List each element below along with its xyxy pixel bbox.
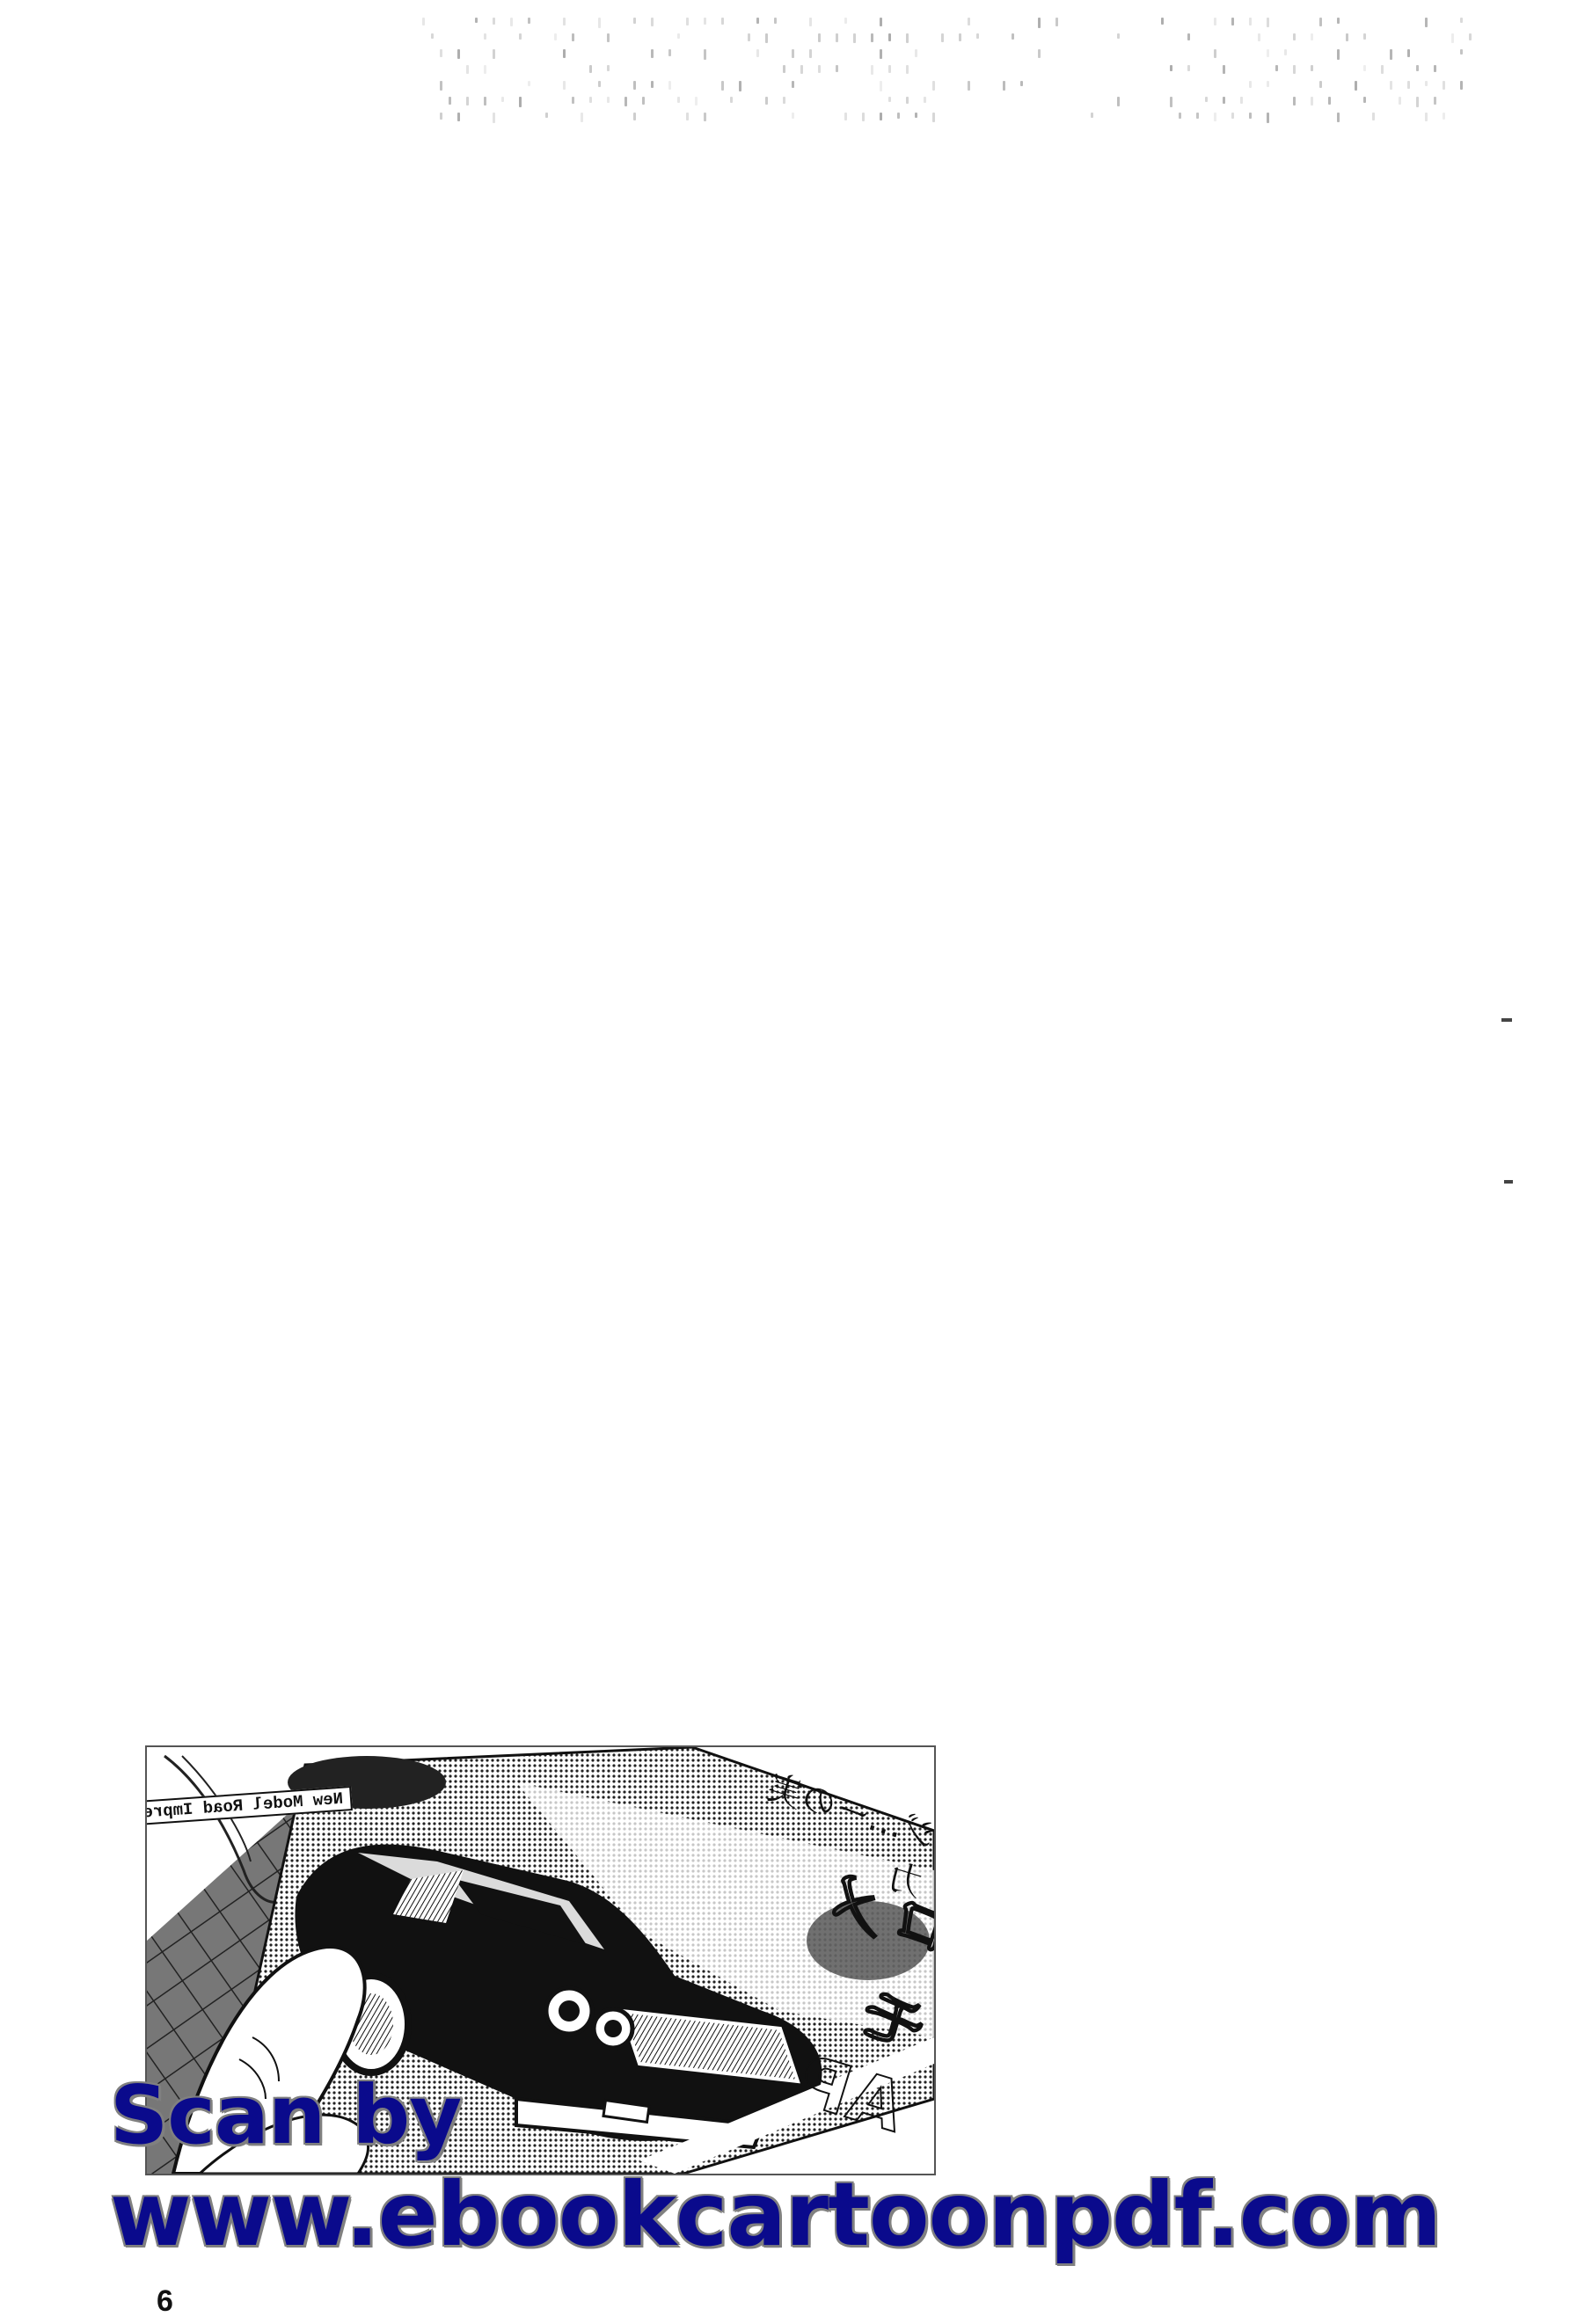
scan-speck (1504, 1180, 1513, 1184)
halftone-bleed-through (422, 18, 1486, 141)
page-number: 6 (157, 2284, 173, 2319)
watermark-line-1: Scan by (110, 2068, 461, 2162)
watermark-url: www.ebookcartoonpdf.com (110, 2163, 1441, 2266)
scan-speck (1501, 1018, 1512, 1022)
